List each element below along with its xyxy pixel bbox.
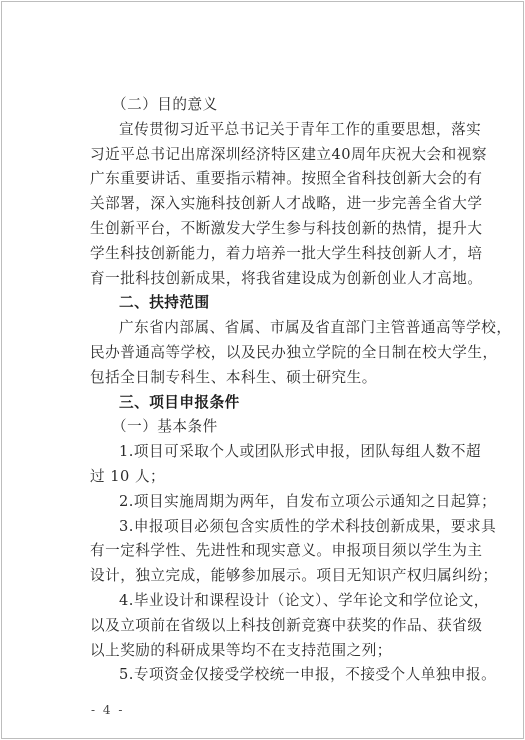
paragraph-line: 宣传贯彻习近平总书记关于青年工作的重要思想，落实 <box>90 118 462 143</box>
page-number: - 4 - <box>91 703 124 717</box>
list-item-4-cont: 以及立项前在省级以上科技创新竞赛中获奖的作品、获省级 <box>90 614 462 639</box>
list-item-3-cont: 有一定科学性、先进性和现实意义。申报项目须以学生为主 <box>90 539 462 564</box>
list-item-3-cont: 设计，独立完成，能够参加展示。项目无知识产权归属纠纷； <box>90 564 462 589</box>
list-item-1-cont: 过 10 人； <box>90 465 462 490</box>
list-item-3: 3.申报项目必须包含实质性的学术科技创新成果，要求具 <box>90 515 462 540</box>
list-item-5: 5.专项资金仅接受学校统一申报，不接受个人单独申报。 <box>90 663 462 688</box>
paragraph-line: 生创新平台，不断激发大学生参与科技创新的热情，提升大 <box>90 217 462 242</box>
section-subheading-purpose: （二）目的意义 <box>90 93 462 118</box>
paragraph-line: 关部署，深入实施科技创新人才战略，进一步完善全省大学 <box>90 192 462 217</box>
section-heading-scope: 二、扶持范围 <box>90 291 462 316</box>
list-item-4-cont: 以上奖励的科研成果等均不在支持范围之列； <box>90 639 462 664</box>
list-item-4: 4.毕业设计和课程设计（论文）、学年论文和学位论文， <box>90 589 462 614</box>
document-page: （二）目的意义 宣传贯彻习近平总书记关于青年工作的重要思想，落实 习近平总书记出… <box>1 1 524 739</box>
list-item-2: 2.项目实施周期为两年，自发布立项公示通知之日起算； <box>90 490 462 515</box>
paragraph-line: 习近平总书记出席深圳经济特区建立40周年庆祝大会和视察 <box>90 143 462 168</box>
paragraph-line: 广东省内部属、省属、市属及省直部门主管普通高等学校， <box>90 316 462 341</box>
paragraph-line: 民办普通高等学校，以及民办独立学院的全日制在校大学生， <box>90 341 462 366</box>
section-subheading-basic: （一）基本条件 <box>90 415 462 440</box>
paragraph-line: 育一批科技创新成果，将我省建设成为创新创业人才高地。 <box>90 267 462 292</box>
document-body: （二）目的意义 宣传贯彻习近平总书记关于青年工作的重要思想，落实 习近平总书记出… <box>90 93 462 688</box>
paragraph-line: 广东重要讲话、重要指示精神。按照全省科技创新大会的有 <box>90 167 462 192</box>
list-item-1: 1.项目可采取个人或团队形式申报，团队每组人数不超 <box>90 440 462 465</box>
paragraph-line: 学生科技创新能力，着力培养一批大学生科技创新人才，培 <box>90 242 462 267</box>
section-heading-conditions: 三、项目申报条件 <box>90 391 462 416</box>
paragraph-line: 包括全日制专科生、本科生、硕士研究生。 <box>90 366 462 391</box>
